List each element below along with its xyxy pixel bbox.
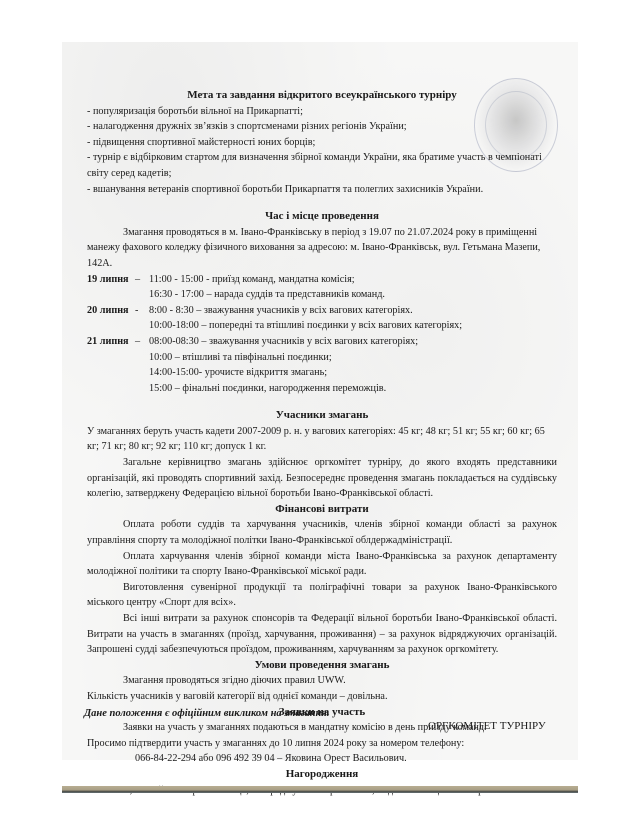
participants-leadership: Загальне керівництво змагань здійснює ор… [87,455,557,502]
finance-paragraph: Оплата роботи суддів та харчування учасн… [87,517,557,548]
schedule-day-label: 19 липня [87,272,135,288]
schedule-event: 11:00 - 15:00 - приїзд команд, мандатна … [149,272,355,288]
time-place-heading: Час і місце проведення [87,209,557,225]
schedule-event: 10:00 – втішливі та півфінальні поєдинки… [87,350,557,366]
awards-heading: Нагородження [87,767,557,783]
schedule-day-label: 20 липня [87,303,135,319]
goal-item: - підвищення спортивної майстерності юни… [87,135,557,151]
applications-contact: 066-84-22-294 або 096 492 39 04 – Яковин… [87,751,557,767]
schedule-day: 20 липня - 8:00 - 8:30 – зважування учас… [87,303,557,319]
finance-paragraph: Виготовлення сувенірної продукції та пол… [87,580,557,611]
applications-confirm: Просимо підтвердити участь у змаганнях д… [87,736,557,752]
conditions-count: Кількість учасників у ваговій категорії … [87,689,557,705]
schedule-day-label: 21 липня [87,334,135,350]
schedule-day: 21 липня – 08:00-08:30 – зважування учас… [87,334,557,350]
goal-item: - налагодження дружніх зв’язків з спортс… [87,119,557,135]
paper-bottom-edge [62,786,578,793]
goal-item: - турнір є відбірковим стартом для визна… [87,150,557,181]
finance-paragraph: Всі інші витрати за рахунок спонсорів та… [87,611,557,658]
finance-heading: Фінансові витрати [87,502,557,518]
schedule-event: 15:00 – фінальні поєдинки, нагородження … [87,381,557,397]
schedule-event: 08:00-08:30 – зважування учасників у всі… [149,334,418,350]
goal-item: - популяризація боротьби вільної на Прик… [87,104,557,120]
schedule-day: 19 липня – 11:00 - 15:00 - приїзд команд… [87,272,557,288]
participants-heading: Учасники змагань [87,408,557,424]
schedule-event: 10:00-18:00 – попередні та втішливі поєд… [87,318,557,334]
schedule-event: 14:00-15:00- урочисте відкриття змагань; [87,365,557,381]
goals-heading: Мета та завдання відкритого всеукраїнськ… [87,88,557,104]
signature: ОРГКОМІТЕТ ТУРНІРУ [428,720,546,732]
participants-text: У змаганнях беруть участь кадети 2007-20… [87,424,557,455]
document-body: Мета та завдання відкритого всеукраїнськ… [87,88,557,798]
goal-item: - вшанування ветеранів спортивної бороть… [87,182,557,198]
schedule-event: 16:30 - 17:00 – нарада суддів та предста… [87,287,557,303]
conditions-heading: Умови проведення змагань [87,658,557,674]
conditions-rules: Змагання проводяться згідно діючих прави… [87,673,557,689]
finance-paragraph: Оплата харчування членів збірної команди… [87,549,557,580]
time-place-intro: Змагання проводяться в м. Івано-Франківс… [87,225,557,272]
schedule-event: 8:00 - 8:30 – зважування учасників у всі… [149,303,413,319]
official-note: Дане положення є офіційним викликом на з… [84,708,329,719]
